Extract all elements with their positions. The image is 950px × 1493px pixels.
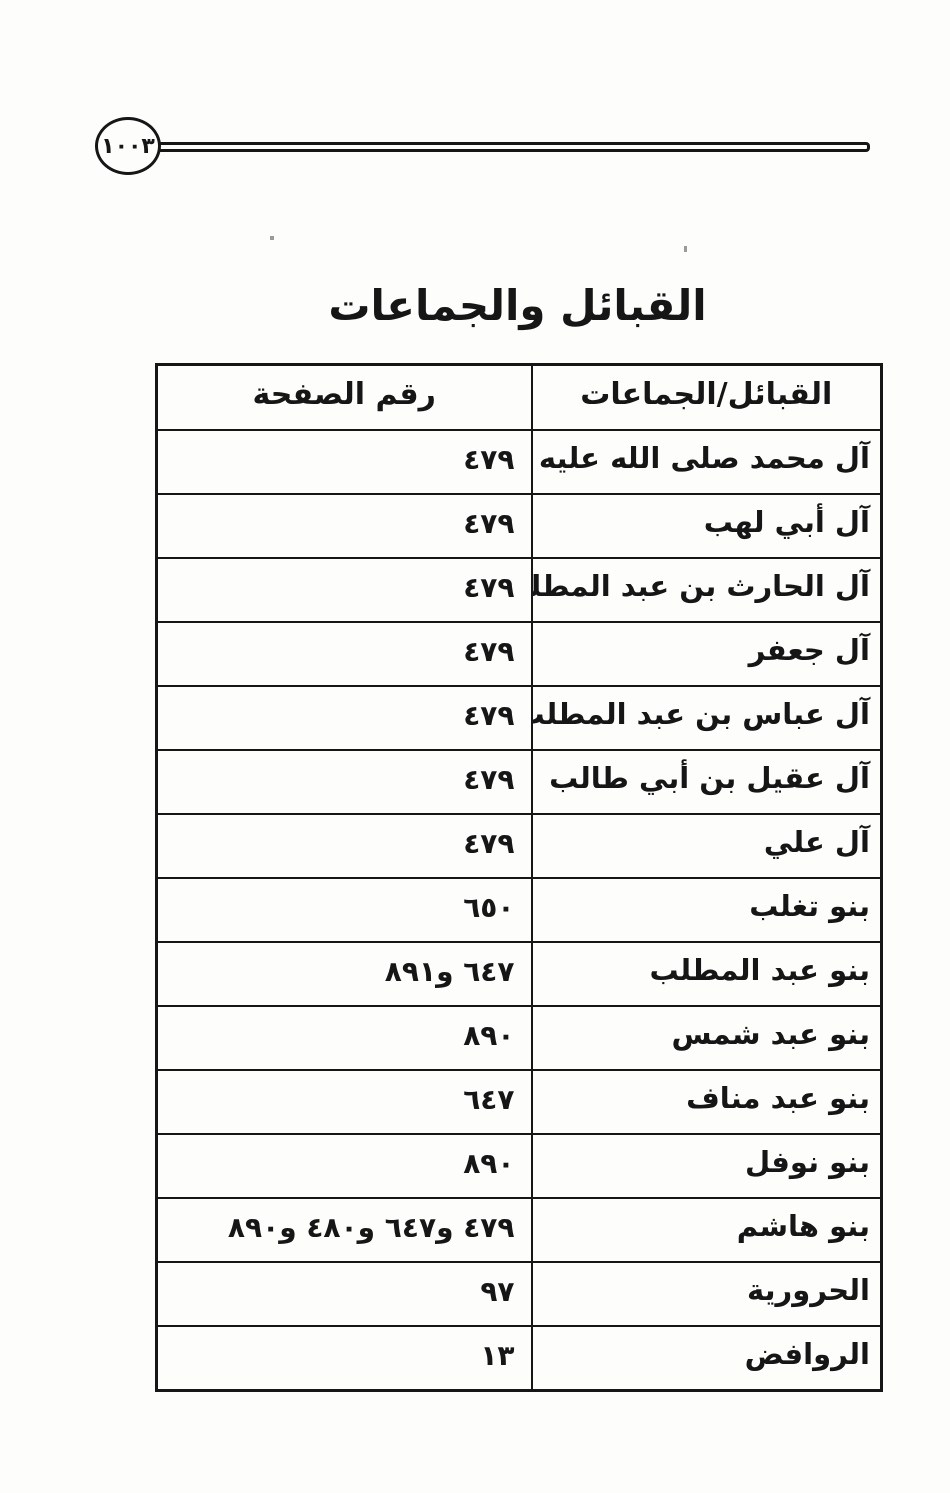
tribe-name-cell: بنو عبد المطلب <box>532 942 882 1006</box>
table-row: آل الحارث بن عبد المطلب ٤٧٩ <box>157 558 882 622</box>
page-number-cell: ٩٧ <box>157 1262 532 1326</box>
table-row: بنو تغلب ٦٥٠ <box>157 878 882 942</box>
page-number-cell: ٦٤٧ <box>157 1070 532 1134</box>
table-row: بنو عبد مناف ٦٤٧ <box>157 1070 882 1134</box>
table-row: بنو عبد شمس ٨٩٠ <box>157 1006 882 1070</box>
page-number-text: ١٠٠٣ <box>101 134 155 159</box>
table-header-row: القبائل/الجماعات رقم الصفحة <box>157 365 882 431</box>
page-number-cell: ٤٧٩ <box>157 558 532 622</box>
column-header-page-number: رقم الصفحة <box>157 365 532 431</box>
scan-speck <box>270 236 274 240</box>
page-number-cell: ٨٩٠ <box>157 1134 532 1198</box>
page-number-cell: ١٣ <box>157 1326 532 1391</box>
table-row: آل جعفر ٤٧٩ <box>157 622 882 686</box>
tribe-name-cell: بنو نوفل <box>532 1134 882 1198</box>
page-title: القبائل والجماعات <box>155 281 880 330</box>
page-number-cell: ٦٥٠ <box>157 878 532 942</box>
page-header-ornament: ١٠٠٣ <box>0 0 950 180</box>
tribe-name-cell: الحرورية <box>532 1262 882 1326</box>
page-number-badge: ١٠٠٣ <box>95 117 161 175</box>
tribe-name-cell: آل عقيل بن أبي طالب <box>532 750 882 814</box>
page-number-cell: ٤٧٩ <box>157 622 532 686</box>
page-number-cell: ٦٤٧ و٨٩١ <box>157 942 532 1006</box>
table-row: آل أبي لهب ٤٧٩ <box>157 494 882 558</box>
tribe-name-cell: آل جعفر <box>532 622 882 686</box>
scan-speck <box>684 246 687 252</box>
table-row: آل علي ٤٧٩ <box>157 814 882 878</box>
column-header-tribes: القبائل/الجماعات <box>532 365 882 431</box>
page-number-cell: ٤٧٩ <box>157 494 532 558</box>
tribe-name-cell: آل أبي لهب <box>532 494 882 558</box>
table-body: آل محمد صلى الله عليه وسلم ٤٧٩ آل أبي له… <box>157 430 882 1391</box>
page-number-cell: ٤٧٩ <box>157 750 532 814</box>
table-row: آل عقيل بن أبي طالب ٤٧٩ <box>157 750 882 814</box>
table-row: الروافض ١٣ <box>157 1326 882 1391</box>
table-row: آل محمد صلى الله عليه وسلم ٤٧٩ <box>157 430 882 494</box>
page-number-cell: ٤٧٩ و٦٤٧ و٤٨٠ و٨٩٠ <box>157 1198 532 1262</box>
table-row: بنو نوفل ٨٩٠ <box>157 1134 882 1198</box>
tribe-name-cell: بنو عبد مناف <box>532 1070 882 1134</box>
tribe-name-cell: آل علي <box>532 814 882 878</box>
page-number-cell: ٤٧٩ <box>157 814 532 878</box>
tribe-name-cell: بنو هاشم <box>532 1198 882 1262</box>
tribe-name-cell: آل عباس بن عبد المطلب <box>532 686 882 750</box>
tribe-name-cell: بنو عبد شمس <box>532 1006 882 1070</box>
table-row: آل عباس بن عبد المطلب ٤٧٩ <box>157 686 882 750</box>
table-row: بنو هاشم ٤٧٩ و٦٤٧ و٤٨٠ و٨٩٠ <box>157 1198 882 1262</box>
tribes-index-table: القبائل/الجماعات رقم الصفحة آل محمد صلى … <box>155 363 883 1392</box>
tribe-name-cell: آل محمد صلى الله عليه وسلم <box>532 430 882 494</box>
tribe-name-cell: بنو تغلب <box>532 878 882 942</box>
table-row: الحرورية ٩٧ <box>157 1262 882 1326</box>
tribe-name-cell: آل الحارث بن عبد المطلب <box>532 558 882 622</box>
page-number-cell: ٤٧٩ <box>157 686 532 750</box>
page-number-cell: ٤٧٩ <box>157 430 532 494</box>
table-row: بنو عبد المطلب ٦٤٧ و٨٩١ <box>157 942 882 1006</box>
tribe-name-cell: الروافض <box>532 1326 882 1391</box>
page-number-cell: ٨٩٠ <box>157 1006 532 1070</box>
header-rule <box>153 142 870 152</box>
